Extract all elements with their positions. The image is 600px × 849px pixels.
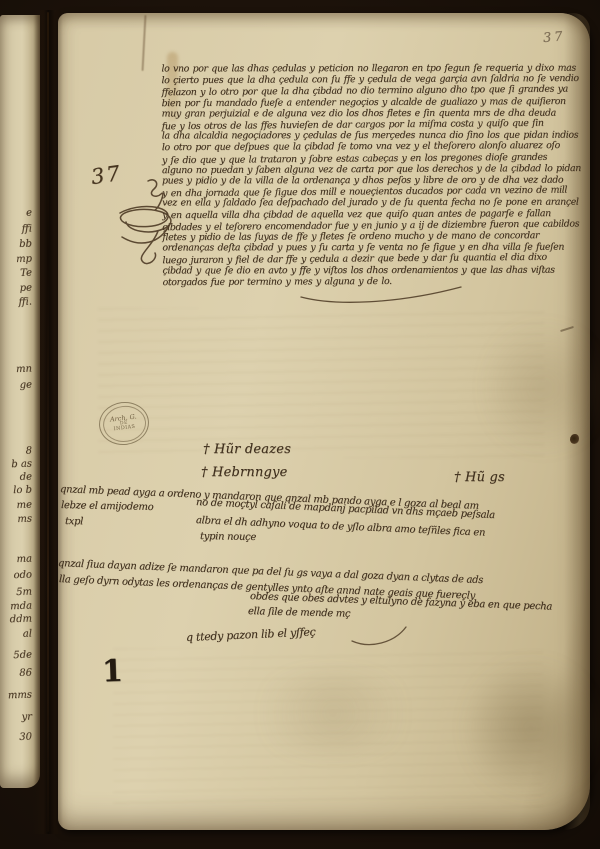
notary-flourish <box>348 621 410 649</box>
facing-page-text-fragment: 5m <box>0 586 32 598</box>
manuscript-line: lo vno por que las dhas çedulas y petici… <box>161 63 575 75</box>
signature-left-1: † Hũr deazes <box>203 442 291 457</box>
facing-page-text-fragment: b as <box>0 458 32 470</box>
item-number-mark: 1 <box>101 654 123 690</box>
facing-page-text-fragment: de <box>0 471 32 483</box>
gutter-crease-line <box>47 12 49 832</box>
stamp-line: Arch. G. <box>110 414 137 423</box>
archive-stamp: Arch. G. DE INDIAS <box>97 399 152 448</box>
facing-page-text-fragment: ffi. <box>0 296 32 308</box>
paragraph1-margin-note: txpl <box>65 516 83 527</box>
stamp-line: DE <box>120 421 128 427</box>
facing-page-text-fragment: mp <box>0 253 32 265</box>
stain <box>238 673 428 753</box>
signature-right: † Hũ gs <box>454 470 505 485</box>
paragraph2-line: ella ſile de mende mç <box>248 606 351 620</box>
manuscript-line: çibdad y que ſe dio en avto y ffe y viſt… <box>162 264 576 276</box>
facing-page-text-fragment: odo <box>0 569 32 581</box>
signature-left-2: † Hebrnngye <box>201 465 288 480</box>
main-text-block: lo vno por que las dhas çedulas y petici… <box>161 62 576 288</box>
facing-page-text-fragment: ms <box>0 513 32 525</box>
facing-page-text-fragment: pe <box>0 282 32 294</box>
paragraph1-margin-note: lebze el amijodemo <box>61 500 154 513</box>
photograph-background: e ffi bb mp Te pe ffi. mn ge 8 b as de l… <box>0 0 600 849</box>
notary-line: q ttedy pazon lib el yſfeç <box>186 625 316 644</box>
facing-page-text-fragment: ddm <box>0 613 32 625</box>
manuscript-line: vez en ella y ſaldado ſea deſpachado del… <box>162 197 576 209</box>
facing-page-text-fragment: mms <box>0 689 32 701</box>
closing-flourish <box>293 279 468 305</box>
facing-page-text-fragment: 86 <box>0 667 32 679</box>
facing-page-text-fragment: 30 <box>0 731 32 743</box>
facing-page-text-fragment: ffi <box>0 223 32 235</box>
facing-page-text-fragment: 8 <box>0 445 32 457</box>
verso-showthrough <box>113 648 543 808</box>
facing-page-text-fragment: yr <box>0 711 32 723</box>
facing-page-text-fragment: e <box>0 207 32 219</box>
ink-blot <box>570 434 579 444</box>
rubric-flourish <box>106 175 184 273</box>
facing-page-text-fragment: mn <box>0 363 32 375</box>
facing-page-text-fragment: Te <box>0 267 32 279</box>
facing-page-text-fragment: bb <box>0 238 32 250</box>
folio-number: 37 <box>542 29 566 46</box>
facing-page-text-fragment: ge <box>0 379 32 391</box>
facing-page-text-fragment: 5de <box>0 649 32 661</box>
facing-page-text-fragment: lo b <box>0 484 32 496</box>
manuscript-page: 37 lo vno por que las dhas çedulas y pet… <box>58 13 590 830</box>
paragraph1-line: typin nouçe <box>200 531 256 543</box>
stamp-line: INDIAS <box>114 425 136 433</box>
verso-showthrough <box>98 308 544 458</box>
facing-page-text-fragment: al <box>0 628 32 640</box>
facing-page-text-fragment: me <box>0 499 32 511</box>
paper-crack <box>142 15 147 71</box>
manuscript-line: la dha alcaldia negoçiadores y çedulas d… <box>162 130 576 142</box>
facing-page-text-fragment: ma <box>0 553 32 565</box>
facing-page-text-fragment: mda <box>0 600 32 612</box>
